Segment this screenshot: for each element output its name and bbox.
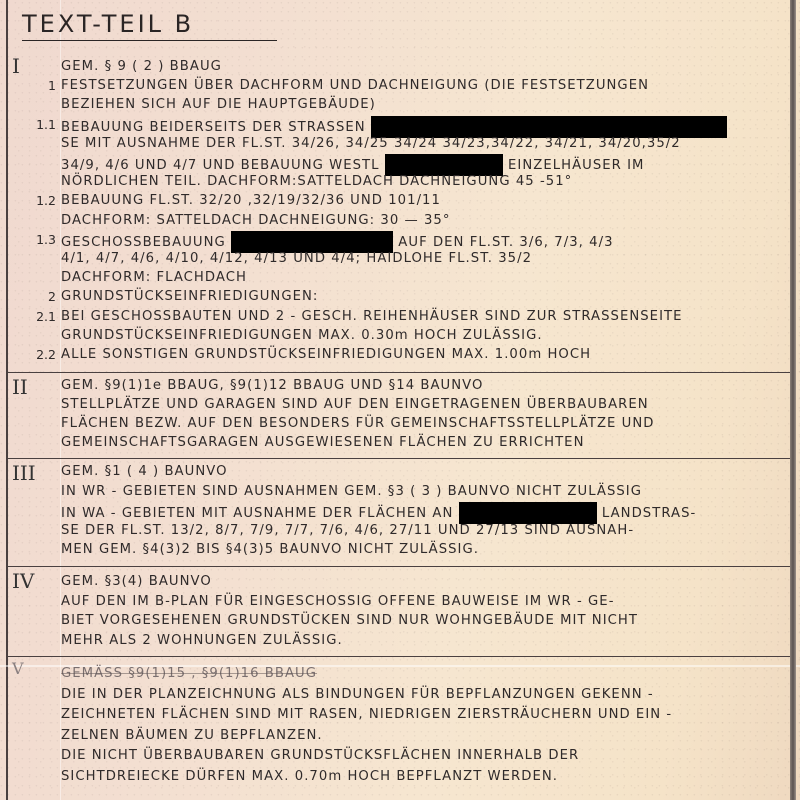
text-line: FLÄCHEN BEZW. AUF DEN BESONDERS FÜR GEME…	[61, 415, 655, 433]
right-page-edge	[790, 0, 796, 800]
text-line: ZEICHNETEN FLÄCHEN SIND MIT RASEN, NIEDR…	[61, 706, 672, 724]
text-before-redaction: IN WA - GEBIETEN MIT AUSNAHME DER FLÄCHE…	[61, 506, 459, 521]
section-I: I GEM. § 9 ( 2 ) BBAUG1FESTSETZUNGEN ÜBE…	[6, 52, 790, 370]
section-numeral: IV	[12, 569, 34, 593]
text-line: ZELNEN BÄUMEN ZU BEPFLANZEN.	[61, 727, 323, 745]
document-title: TEXT-TEIL B	[22, 10, 277, 41]
text-line: BIET VORGESEHENEN GRUNDSTÜCKEN SIND NUR …	[61, 612, 638, 630]
text-after-redaction: AUF DEN FL.ST. 3/6, 7/3, 4/3	[393, 235, 613, 250]
clause-number: 1.2	[6, 192, 56, 210]
text-line: MEN GEM. §4(3)2 BIS §4(3)5 BAUNVO NICHT …	[61, 541, 479, 559]
clause-number: 1.1	[6, 116, 56, 134]
text-line: GEMEINSCHAFTSGARAGEN AUSGEWIESENEN FLÄCH…	[61, 434, 584, 452]
text-line: ALLE SONSTIGEN GRUNDSTÜCKSEINFRIEDIGUNGE…	[61, 346, 591, 364]
text-line: DACHFORM: FLACHDACH	[61, 269, 247, 287]
text-line: 4/1, 4/7, 4/6, 4/10, 4/12, 4/13 UND 4/4;…	[61, 250, 532, 268]
text-line: GEMÄSS §9(1)15 , §9(1)16 BBAUG	[61, 665, 317, 683]
text-line: GRUNDSTÜCKSEINFRIEDIGUNGEN:	[61, 288, 318, 306]
section-III: III GEM. §1 ( 4 ) BAUNVOIN WR - GEBIETEN…	[6, 458, 790, 565]
text-after-redaction: LANDSTRAS-	[597, 506, 697, 521]
section-numeral: V	[12, 659, 24, 678]
text-before-redaction: GESCHOSSBEBAUUNG	[61, 235, 231, 250]
clause-number: 2	[6, 288, 56, 306]
text-line: FESTSETZUNGEN ÜBER DACHFORM UND DACHNEIG…	[61, 77, 649, 95]
text-line: MEHR ALS 2 WOHNUNGEN ZULÄSSIG.	[61, 632, 343, 650]
text-line: GEM. §9(1)1e BBAUG, §9(1)12 BBAUG UND §1…	[61, 377, 483, 395]
clause-number: 1.3	[6, 231, 56, 249]
section-IV: IV GEM. §3(4) BAUNVOAUF DEN IM B-PLAN FÜ…	[6, 566, 790, 655]
text-line: BEI GESCHOSSBAUTEN UND 2 - GESCH. REIHEN…	[61, 308, 683, 326]
text-line: DIE NICHT ÜBERBAUBAREN GRUNDSTÜCKSFLÄCHE…	[61, 747, 579, 765]
text-line: IN WR - GEBIETEN SIND AUSNAHMEN GEM. §3 …	[61, 483, 642, 501]
section-numeral: I	[12, 54, 20, 78]
text-line: STELLPLÄTZE UND GARAGEN SIND AUF DEN EIN…	[61, 396, 649, 414]
text-line: AUF DEN IM B-PLAN FÜR EINGESCHOSSIG OFFE…	[61, 593, 615, 611]
text-before-redaction: BEBAUUNG BEIDERSEITS DER STRASSEN	[61, 120, 371, 135]
text-line: BEZIEHEN SICH AUF DIE HAUPTGEBÄUDE)	[61, 96, 376, 114]
text-line: GRUNDSTÜCKSEINFRIEDIGUNGEN MAX. 0.30m HO…	[61, 327, 543, 345]
clause-number: 2.2	[6, 346, 56, 364]
text-line: GEM. §1 ( 4 ) BAUNVO	[61, 463, 228, 481]
text-line: BEBAUUNG FL.ST. 32/20 ,32/19/32/36 UND 1…	[61, 192, 441, 210]
section-numeral: III	[12, 461, 36, 485]
section-II: II GEM. §9(1)1e BBAUG, §9(1)12 BBAUG UND…	[6, 372, 790, 457]
text-line: SE MIT AUSNAHME DER FL.ST. 34/26, 34/25 …	[61, 135, 681, 153]
text-line: GEM. §3(4) BAUNVO	[61, 573, 212, 591]
clause-number: 2.1	[6, 308, 56, 326]
text-line: DACHFORM: SATTELDACH DACHNEIGUNG: 30 — 3…	[61, 212, 451, 230]
text-after-redaction: EINZELHÄUSER IM	[503, 158, 645, 173]
text-line: SE DER FL.ST. 13/2, 8/7, 7/9, 7/7, 7/6, …	[61, 522, 634, 540]
text-line: NÖRDLICHEN TEIL. DACHFORM:SATTELDACH DAC…	[61, 173, 572, 191]
text-line: GEM. § 9 ( 2 ) BBAUG	[61, 58, 222, 76]
section-numeral: II	[12, 375, 28, 399]
text-before-redaction: 34/9, 4/6 UND 4/7 UND BEBAUUNG WESTL	[61, 158, 385, 173]
text-line: SICHTDREIECKE DÜRFEN MAX. 0.70m HOCH BEP…	[61, 768, 558, 786]
section-V: V GEMÄSS §9(1)15 , §9(1)16 BBAUGDIE IN D…	[6, 656, 790, 800]
clause-number: 1	[6, 77, 56, 95]
text-line: DIE IN DER PLANZEICHNUNG ALS BINDUNGEN F…	[61, 686, 654, 704]
